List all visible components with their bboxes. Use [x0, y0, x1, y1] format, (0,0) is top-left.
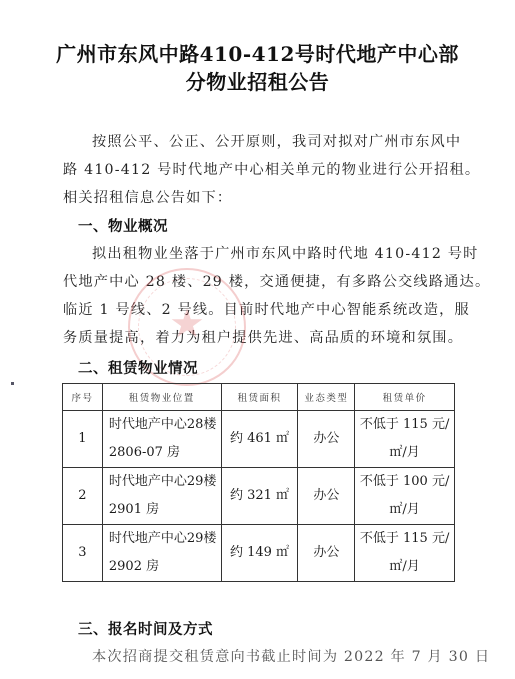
cell-area: 约 149 ㎡	[221, 525, 298, 582]
intro-line-2: 路 410-412 号时代地产中心相关单元的物业进行公开招租。	[63, 156, 455, 184]
section1-heading: 一、物业概况	[78, 215, 168, 236]
header-location: 租赁物业位置	[102, 384, 221, 411]
cell-area: 约 321 ㎡	[221, 468, 298, 525]
header-no: 序号	[63, 384, 103, 411]
header-price: 租赁单价	[355, 384, 455, 411]
table-row: 3 时代地产中心29楼2902 房 约 149 ㎡ 办公 不低于 115 元/㎡…	[63, 525, 455, 582]
section1-line-2: 代地产中心 28 楼、29 楼，交通便捷，有多路公交线路通达。	[63, 268, 455, 296]
cell-price: 不低于 115 元/㎡/月	[355, 525, 455, 582]
price-line2: ㎡/月	[389, 559, 419, 574]
cell-price: 不低于 115 元/㎡/月	[355, 411, 455, 468]
intro-line-1: 按照公平、公正、公开原则，我司对拟对广州市东风中	[92, 128, 484, 156]
table-row: 1 时代地产中心28楼2806-07 房 约 461 ㎡ 办公 不低于 115 …	[63, 411, 455, 468]
table-row: 2 时代地产中心29楼2901 房 约 321 ㎡ 办公 不低于 100 元/㎡…	[63, 468, 455, 525]
price-line1: 不低于 115 元/	[360, 417, 449, 432]
price-line1: 不低于 115 元/	[360, 531, 449, 546]
scan-artifact-dot	[11, 382, 14, 385]
section3-heading: 三、报名时间及方式	[78, 618, 213, 639]
cell-no: 1	[63, 411, 103, 468]
intro-line-3: 相关招租信息公告如下：	[63, 184, 455, 212]
price-line2: ㎡/月	[389, 445, 419, 460]
location-line2: 2902 房	[109, 559, 159, 574]
section3-line-1: 本次招商提交租赁意向书截止时间为 2022 年 7 月 30 日	[92, 643, 484, 671]
cell-type: 办公	[298, 468, 355, 525]
section2-heading: 二、租赁物业情况	[78, 357, 198, 378]
cell-location: 时代地产中心29楼2902 房	[102, 525, 221, 582]
cell-area: 约 461 ㎡	[221, 411, 298, 468]
cell-type: 办公	[298, 411, 355, 468]
cell-price: 不低于 100 元/㎡/月	[355, 468, 455, 525]
header-type: 业态类型	[298, 384, 355, 411]
document-page: 广州市东风中路410-412号时代地产中心部 分物业招租公告 按照公平、公正、公…	[0, 0, 515, 679]
document-title-line1: 广州市东风中路410-412号时代地产中心部	[0, 38, 515, 67]
price-line1: 不低于 100 元/	[360, 474, 449, 489]
location-line2: 2901 房	[109, 502, 159, 517]
document-title-line2: 分物业招租公告	[0, 66, 515, 95]
cell-type: 办公	[298, 525, 355, 582]
section1-line-1: 拟出租物业坐落于广州市东风中路时代地 410-412 号时	[92, 240, 484, 268]
price-line2: ㎡/月	[389, 502, 419, 517]
table-header-row: 序号 租赁物业位置 租赁面积 业态类型 租赁单价	[63, 384, 455, 411]
cell-no: 3	[63, 525, 103, 582]
cell-no: 2	[63, 468, 103, 525]
cell-location: 时代地产中心28楼2806-07 房	[102, 411, 221, 468]
location-line1: 时代地产中心29楼	[109, 531, 217, 546]
location-line1: 时代地产中心28楼	[109, 417, 217, 432]
header-area: 租赁面积	[221, 384, 298, 411]
cell-location: 时代地产中心29楼2901 房	[102, 468, 221, 525]
rental-property-table: 序号 租赁物业位置 租赁面积 业态类型 租赁单价 1 时代地产中心28楼2806…	[62, 383, 455, 582]
section1-line-4: 务质量提高，着力为租户提供先进、高品质的环境和氛围。	[63, 324, 455, 352]
location-line2: 2806-07 房	[109, 445, 180, 460]
location-line1: 时代地产中心29楼	[109, 474, 217, 489]
section1-line-3: 临近 1 号线、2 号线。目前时代地产中心智能系统改造，服	[63, 296, 455, 324]
